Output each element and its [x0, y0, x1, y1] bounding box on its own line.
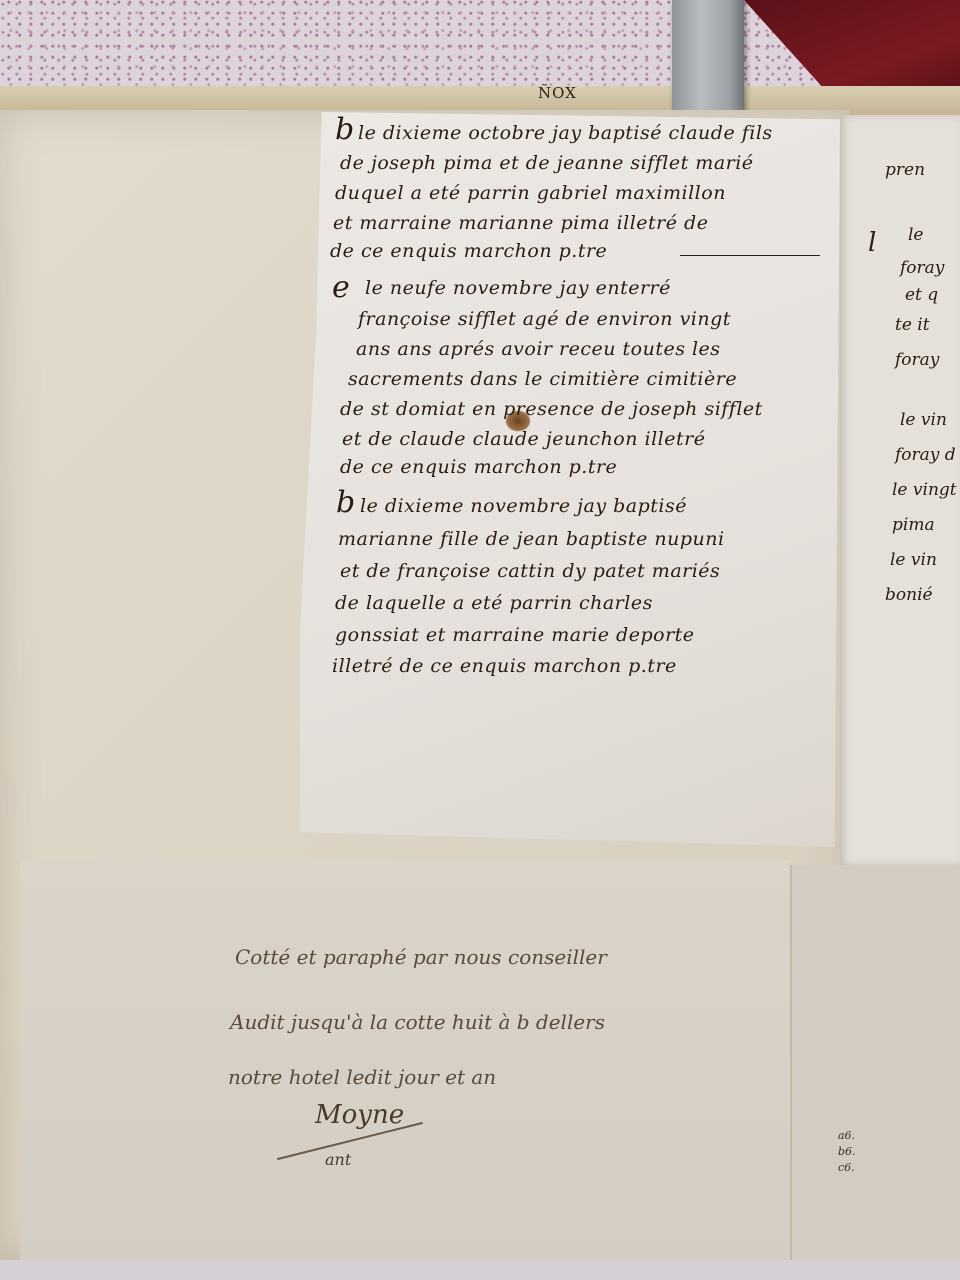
signature-sub: ant	[325, 1150, 351, 1169]
entry-line: le dixieme novembre jay baptisé	[360, 495, 687, 517]
right-line: pren	[885, 160, 925, 180]
right-lower-page	[790, 865, 960, 1260]
entry-margin-mark: b	[336, 485, 355, 520]
entry-line: et de françoise cattin dy patet mariés	[340, 560, 720, 582]
entry-line: le dixieme octobre jay baptisé claude fi…	[358, 122, 773, 144]
entry-margin-mark: e	[332, 270, 350, 305]
metal-clamp	[672, 0, 744, 122]
entry-line: de st domiat en presence de joseph siffl…	[340, 398, 763, 420]
entry-margin-mark: b	[335, 112, 354, 147]
entry-line: gonssiat et marraine marie deporte	[335, 624, 695, 646]
page-number: a6.	[838, 1128, 856, 1144]
entry-separator	[680, 255, 820, 256]
register-page-lower	[20, 860, 790, 1260]
page-number: c6.	[838, 1160, 856, 1176]
right-line: le	[908, 225, 924, 245]
certification-line: notre hotel ledit jour et an	[228, 1065, 496, 1089]
right-line: le vin	[890, 550, 937, 570]
right-line: le vingt	[892, 480, 957, 500]
entry-line: le neufe novembre jay enterré	[365, 277, 671, 299]
right-line: foray	[900, 258, 944, 278]
right-line: pima	[892, 515, 935, 535]
page-numbers: a6. b6. c6.	[838, 1128, 856, 1176]
right-line: le vin	[900, 410, 947, 430]
entry-line: et marraine marianne pima illetré de	[333, 212, 708, 234]
signature: Moyne	[315, 1100, 404, 1130]
right-line: foray	[895, 350, 939, 370]
entry-line: de ce enquis marchon p.tre	[340, 456, 617, 478]
certification-line: Cotté et paraphé par nous conseiller	[235, 945, 607, 969]
right-line: foray d	[895, 445, 956, 465]
entry-line: de joseph pima et de jeanne sifflet mari…	[340, 152, 754, 174]
entry-line: de laquelle a eté parrin charles	[335, 592, 653, 614]
entry-line: ans ans aprés avoir receu toutes les	[356, 338, 721, 360]
entry-line: marianne fille de jean baptiste nupuni	[338, 528, 725, 550]
entry-line: illetré de ce enquis marchon p.tre	[332, 655, 677, 677]
page-number: b6.	[838, 1144, 856, 1160]
certification-line: Audit jusqu'à la cotte huit à b dellers	[230, 1010, 605, 1034]
entry-line: et de claude claude jeunchon illetré	[342, 428, 705, 450]
right-margin-mark: l	[868, 228, 876, 258]
entry-line: françoise sifflet agé de environ vingt	[358, 308, 731, 330]
right-line: bonié	[885, 585, 933, 605]
certification-text: Cotté et paraphé par nous conseiller	[235, 945, 607, 969]
entry-line: sacrements dans le cimitière cimitière	[348, 368, 737, 390]
right-line: et q	[905, 285, 938, 305]
entry-line: de ce enquis marchon p.tre	[330, 240, 607, 262]
box-label: ÑOX	[538, 84, 577, 102]
right-line: te it	[895, 315, 930, 335]
entry-line: duquel a eté parrin gabriel maximillon	[335, 182, 726, 204]
